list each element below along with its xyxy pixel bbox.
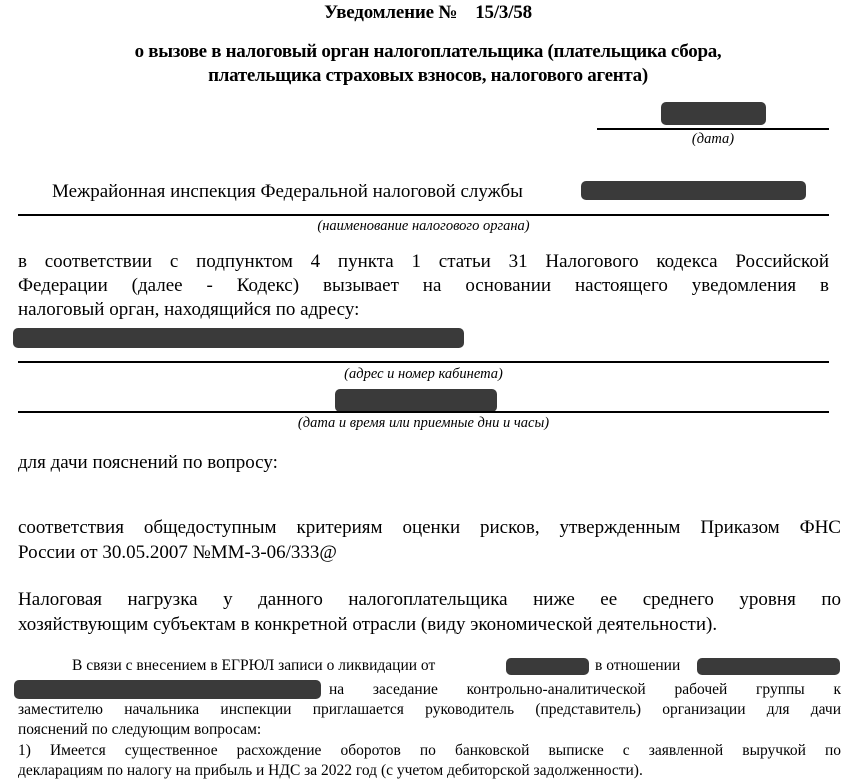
reason2-line-2: хозяйствующим субъектам в конкретной отр… <box>18 613 717 637</box>
redacted-liquidation-date <box>506 658 589 675</box>
liquidation-line-4: пояснений по следующим вопросам: <box>18 720 261 739</box>
reason2-line-1: Налоговая нагрузка у данного налогоплате… <box>18 588 841 612</box>
basis-line-3: налоговый орган, находящийся по адресу: <box>18 298 359 322</box>
redacted-organization-name <box>697 658 840 675</box>
liquidation-line-3: заместителю начальника инспекции приглаш… <box>18 700 841 719</box>
redacted-authority <box>581 181 806 200</box>
authority-caption: (наименование налогового органа) <box>18 218 829 235</box>
notice-title-label: Уведомление № <box>324 2 457 23</box>
notice-title: Уведомление №15/3/58 <box>0 2 856 24</box>
authority-name: Межрайонная инспекция Федеральной налого… <box>52 180 523 204</box>
liquidation-part-1: В связи с внесением в ЕГРЮЛ записи о лик… <box>72 656 435 675</box>
liquidation-part-3: на заседание контрольно-аналитической ра… <box>329 680 841 699</box>
address-underline <box>18 361 829 363</box>
redacted-datetime <box>335 389 497 412</box>
redacted-address <box>13 328 464 348</box>
datetime-underline <box>18 411 829 413</box>
date-underline <box>597 128 829 130</box>
purpose-label: для дачи пояснений по вопросу: <box>18 451 278 475</box>
authority-underline <box>18 214 829 216</box>
basis-line-1: в соответствии с подпунктом 4 пункта 1 с… <box>18 250 829 274</box>
redacted-date <box>661 102 766 125</box>
redacted-organization-details <box>14 680 321 699</box>
basis-line-2: Федерации (далее - Кодекс) вызывает на о… <box>18 274 829 298</box>
liquidation-part-2: в отношении <box>595 656 680 675</box>
date-caption: (дата) <box>597 131 829 148</box>
question1-line-2: декларациям по налогу на прибыль и НДС з… <box>18 761 643 780</box>
reason1-line-2: России от 30.05.2007 №ММ-3-06/333@ <box>18 541 337 565</box>
datetime-caption: (дата и время или приемные дни и часы) <box>18 415 829 432</box>
notice-subtitle-line1: о вызове в налоговый орган налогоплатель… <box>0 39 856 64</box>
reason1-line-1: соответствия общедоступным критериям оце… <box>18 516 841 540</box>
address-caption: (адрес и номер кабинета) <box>18 366 829 383</box>
notice-number: 15/3/58 <box>475 2 532 23</box>
question1-line-1: 1) Имеется существенное расхождение обор… <box>18 741 841 760</box>
notice-subtitle-line2: плательщика страховых взносов, налоговог… <box>0 63 856 88</box>
